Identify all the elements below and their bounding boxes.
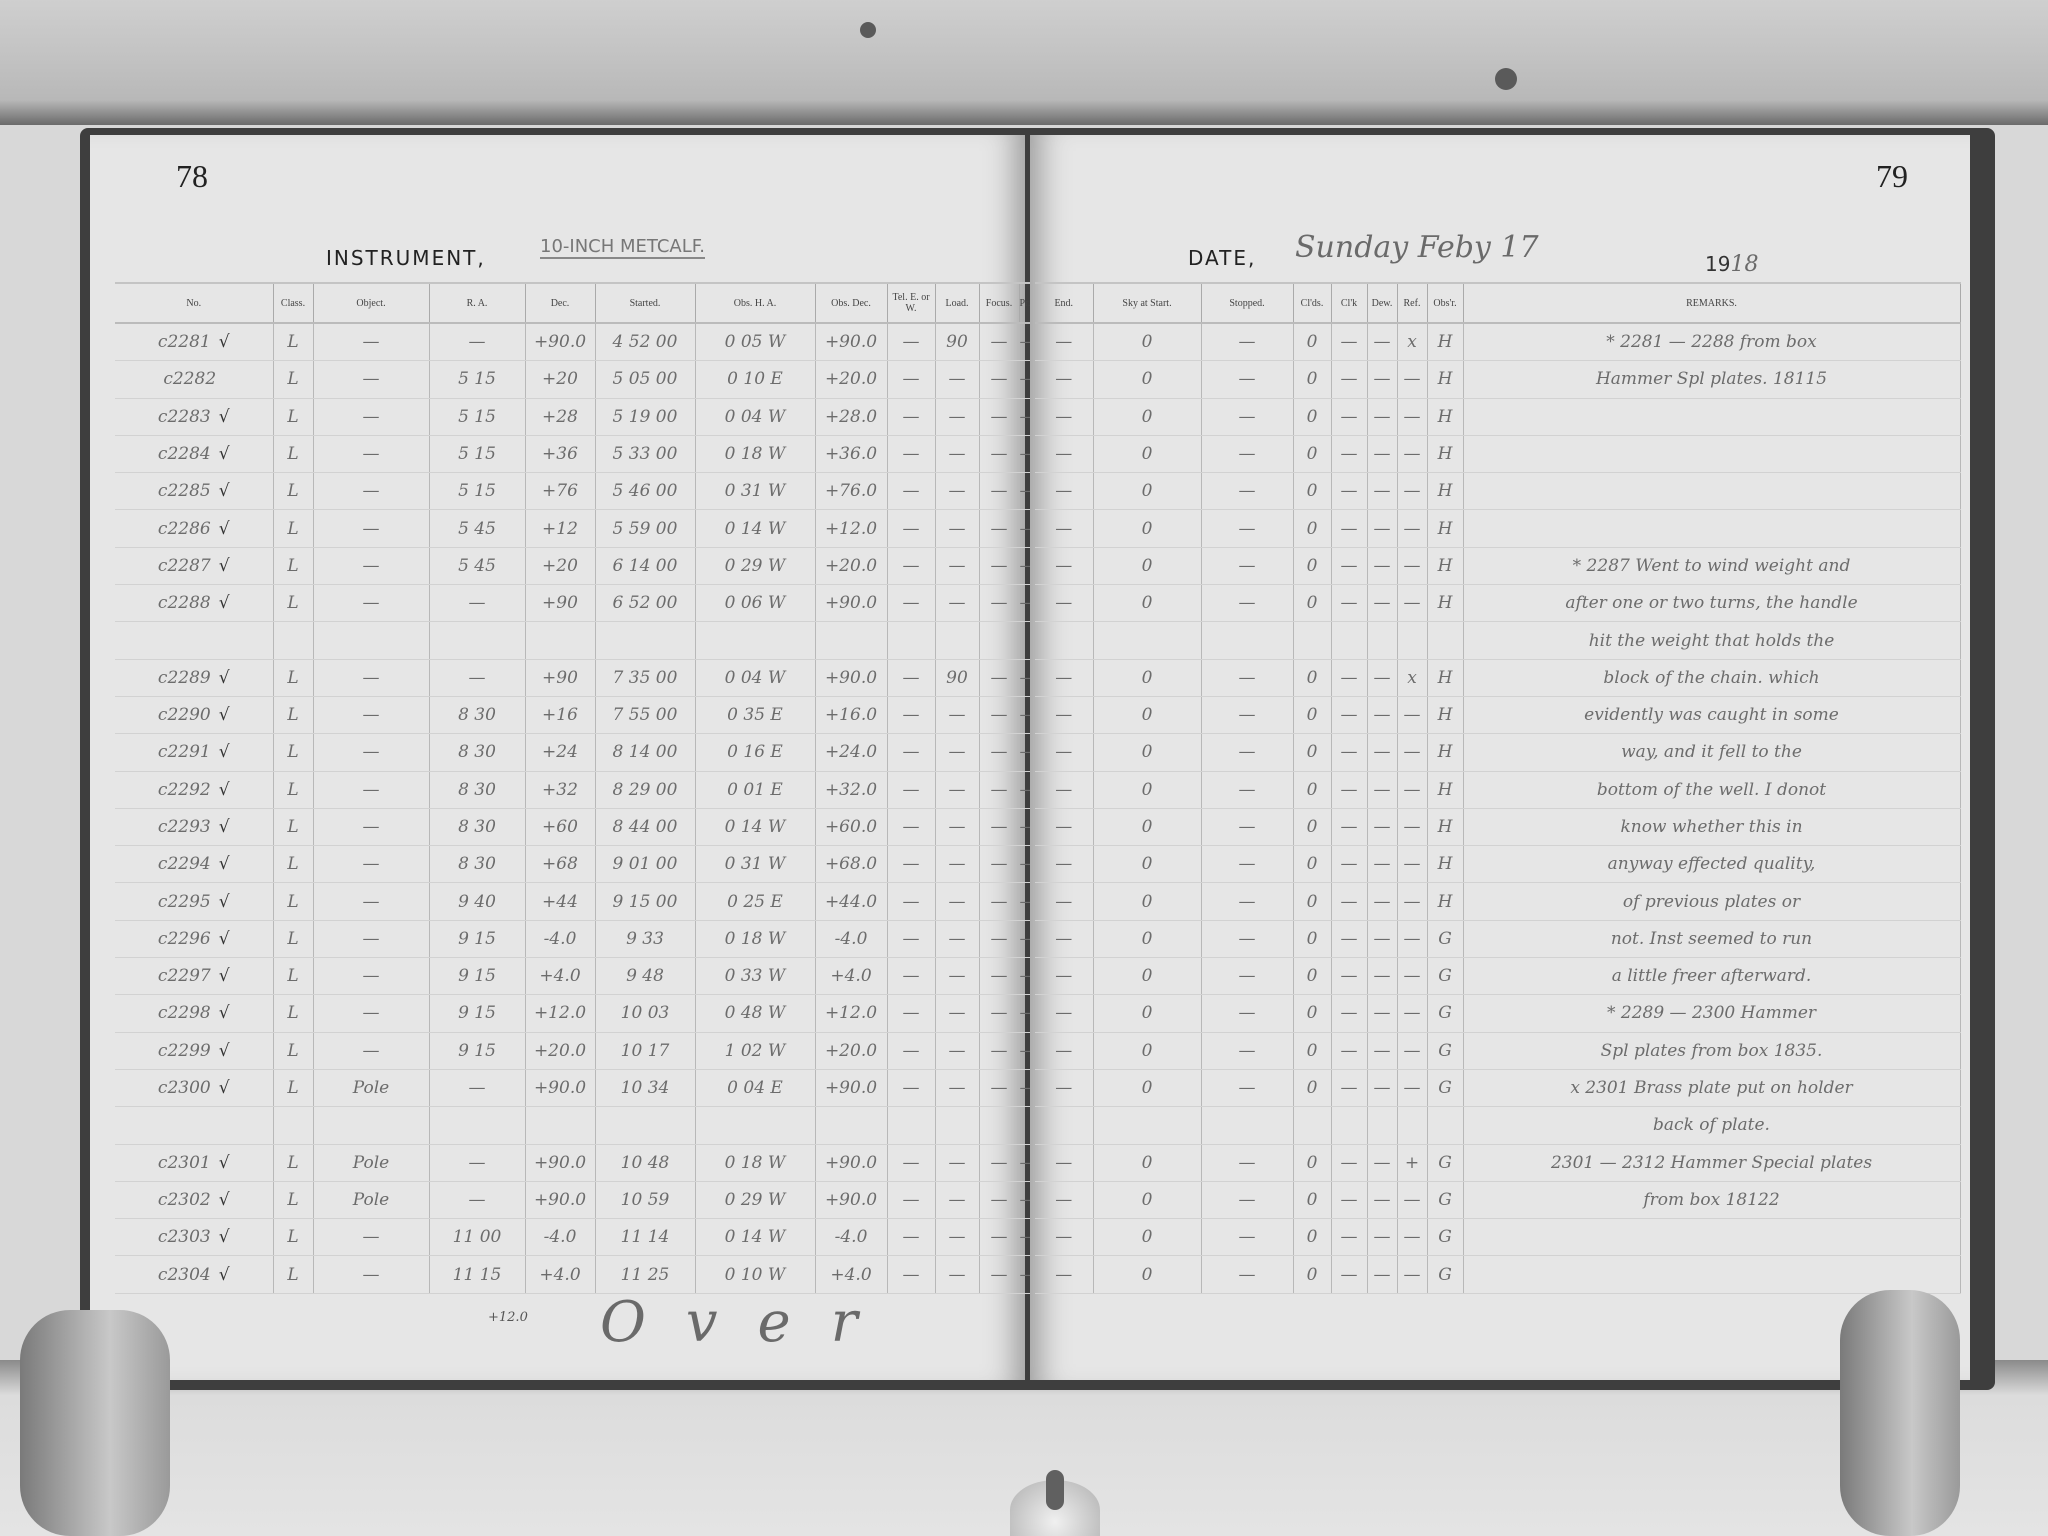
cell-ref: — [1397, 547, 1427, 584]
cell-class: L [273, 846, 313, 883]
table-row: —0—0———Hevidently was caught in some [1035, 696, 1960, 733]
cell-pr: — [1019, 958, 1030, 995]
cell-ra: — [429, 659, 525, 696]
cell-clk: — [1331, 1069, 1367, 1106]
cell-obs-ha: 0 29 W [695, 1181, 815, 1218]
cell-load: — [935, 1181, 979, 1218]
left-table-header: No.Class.Object.R. A.Dec.Started.Obs. H.… [115, 283, 1030, 323]
cell-dec: +90.0 [525, 1069, 595, 1106]
cell-obsr: H [1427, 323, 1463, 361]
cell-class: L [273, 696, 313, 733]
date-value: Sunday Feby 17 [1295, 230, 1539, 265]
cell-clk: — [1331, 398, 1367, 435]
cell-obsr: G [1427, 995, 1463, 1032]
cell-clds: 0 [1293, 585, 1331, 622]
cell-sky: 0 [1093, 435, 1201, 472]
table-row: —0—0———G [1035, 1219, 1960, 1256]
table-row: —0—0———HHammer Spl plates. 18115 [1035, 361, 1960, 398]
check-mark-icon: √ [219, 593, 230, 613]
cell-pr: — [1019, 920, 1030, 957]
cell-class: L [273, 323, 313, 361]
cell-obsr: H [1427, 547, 1463, 584]
cell-no: c2293√ [115, 808, 273, 845]
cell-dec: +90.0 [525, 323, 595, 361]
cell-dew: — [1367, 1032, 1397, 1069]
cell-sky: 0 [1093, 995, 1201, 1032]
cell-load: — [935, 846, 979, 883]
cell-object [313, 1107, 429, 1144]
cell-dew: — [1367, 846, 1397, 883]
cell-pr: — [1019, 995, 1030, 1032]
cell-end: — [1035, 808, 1093, 845]
cell-focus: — [979, 920, 1019, 957]
cell-pr: — [1019, 361, 1030, 398]
cell-load [935, 622, 979, 659]
cell-stopped: — [1201, 883, 1293, 920]
cell-ra: — [429, 1069, 525, 1106]
cell-focus: — [979, 510, 1019, 547]
cell-object: — [313, 734, 429, 771]
cell-stopped: — [1201, 510, 1293, 547]
cell-no: c2291√ [115, 734, 273, 771]
cell-obs-ha: 0 18 W [695, 435, 815, 472]
cell-tel: — [887, 510, 935, 547]
cell-obsr: H [1427, 361, 1463, 398]
cell-focus: — [979, 547, 1019, 584]
cell-clk [1331, 622, 1367, 659]
cell-ra: 11 00 [429, 1219, 525, 1256]
cell-sky: 0 [1093, 883, 1201, 920]
cell-ra: 8 30 [429, 808, 525, 845]
cell-obs-dec: +4.0 [815, 958, 887, 995]
check-mark-icon: √ [219, 1078, 230, 1098]
cell-obsr: G [1427, 1032, 1463, 1069]
cell-ref: — [1397, 473, 1427, 510]
over-note: Over [600, 1290, 897, 1355]
plate-number: c2289 [158, 668, 211, 688]
cell-obsr [1427, 1107, 1463, 1144]
cell-ref [1397, 622, 1427, 659]
cell-remark: not. Inst seemed to run [1463, 920, 1960, 957]
cell-obs-ha: 0 18 W [695, 920, 815, 957]
cell-object: — [313, 547, 429, 584]
cell-class [273, 622, 313, 659]
cell-object: — [313, 361, 429, 398]
table-row: c2291√L—8 30+248 14 000 16 E+24.0———— [115, 734, 1030, 771]
cell-dew: — [1367, 771, 1397, 808]
cell-stopped: — [1201, 659, 1293, 696]
cell-ra: — [429, 323, 525, 361]
cell-stopped: — [1201, 1069, 1293, 1106]
cell-no: c2292√ [115, 771, 273, 808]
cell-end: — [1035, 846, 1093, 883]
table-row: c2281√L——+90.04 52 000 05 W+90.0—90—— [115, 323, 1030, 361]
cell-obs-dec: +90.0 [815, 323, 887, 361]
cell-obsr: H [1427, 510, 1463, 547]
table-row: —0—0———Gnot. Inst seemed to run [1035, 920, 1960, 957]
year-written: 18 [1730, 252, 1758, 277]
cell-stopped: — [1201, 473, 1293, 510]
cell-tel: — [887, 435, 935, 472]
cell-ra: 8 30 [429, 846, 525, 883]
right-page-number: 79 [1876, 158, 1908, 195]
cell-tel: — [887, 696, 935, 733]
cell-pr [1019, 622, 1030, 659]
cell-dec: +16 [525, 696, 595, 733]
cell-object: — [313, 1219, 429, 1256]
cell-dec: +90.0 [525, 1181, 595, 1218]
cell-started: 6 52 00 [595, 585, 695, 622]
table-row: c2299√L—9 15+20.010 171 02 W+20.0———— [115, 1032, 1030, 1069]
cell-stopped: — [1201, 361, 1293, 398]
cell-stopped: — [1201, 958, 1293, 995]
cell-load: — [935, 1069, 979, 1106]
cell-class: L [273, 1256, 313, 1293]
cell-class: L [273, 547, 313, 584]
cell-remark: bottom of the well. I donot [1463, 771, 1960, 808]
cell-class: L [273, 995, 313, 1032]
cell-obs-dec [815, 622, 887, 659]
table-row: —0—0———Hway, and it fell to the [1035, 734, 1960, 771]
cell-ref: — [1397, 1219, 1427, 1256]
cell-ref: — [1397, 1032, 1427, 1069]
cell-started: 4 52 00 [595, 323, 695, 361]
cell-obsr: G [1427, 1219, 1463, 1256]
cell-obs-dec: +16.0 [815, 696, 887, 733]
cell-focus: — [979, 734, 1019, 771]
cell-tel: — [887, 883, 935, 920]
cell-object: — [313, 771, 429, 808]
cell-end [1035, 622, 1093, 659]
cell-sky: 0 [1093, 846, 1201, 883]
cell-load: — [935, 1219, 979, 1256]
check-mark-icon: √ [219, 854, 230, 874]
cell-started: 7 35 00 [595, 659, 695, 696]
right-thumb [1840, 1290, 1960, 1536]
cell-object: — [313, 1256, 429, 1293]
cell-ref: x [1397, 323, 1427, 361]
dec-correction-note: +12.0 [488, 1310, 528, 1325]
cell-pr: — [1019, 1256, 1030, 1293]
table-row: c2303√L—11 00-4.011 140 14 W-4.0———— [115, 1219, 1030, 1256]
cell-clds: 0 [1293, 1181, 1331, 1218]
cell-pr: — [1019, 696, 1030, 733]
cell-dec: +44 [525, 883, 595, 920]
cell-end: — [1035, 323, 1093, 361]
cell-focus: — [979, 398, 1019, 435]
cell-focus: — [979, 1181, 1019, 1218]
cell-end: — [1035, 995, 1093, 1032]
table-row: c2289√L——+907 35 000 04 W+90.0—90—— [115, 659, 1030, 696]
cell-load: — [935, 361, 979, 398]
cell-remark: Spl plates from box 1835. [1463, 1032, 1960, 1069]
cell-tel: — [887, 659, 935, 696]
cell-started: 8 14 00 [595, 734, 695, 771]
cell-clk [1331, 1107, 1367, 1144]
plate-number: c2290 [158, 705, 211, 725]
cell-obs-ha: 0 14 W [695, 510, 815, 547]
table-row: c2282L—5 15+205 05 000 10 E+20.0———— [115, 361, 1030, 398]
cell-pr [1019, 1107, 1030, 1144]
cell-dew: — [1367, 734, 1397, 771]
cell-stopped: — [1201, 696, 1293, 733]
cell-ref: — [1397, 361, 1427, 398]
cell-tel [887, 622, 935, 659]
cell-tel: — [887, 958, 935, 995]
cell-dec: -4.0 [525, 920, 595, 957]
cell-dec: +60 [525, 808, 595, 845]
cell-obs-dec: +28.0 [815, 398, 887, 435]
cell-focus: — [979, 696, 1019, 733]
cell-obs-dec: +24.0 [815, 734, 887, 771]
table-row: —0—0———Hbottom of the well. I donot [1035, 771, 1960, 808]
cell-focus: — [979, 808, 1019, 845]
cell-obsr: G [1427, 958, 1463, 995]
cell-started: 10 03 [595, 995, 695, 1032]
cell-no [115, 622, 273, 659]
cell-ra: 5 15 [429, 398, 525, 435]
cell-sky: 0 [1093, 659, 1201, 696]
column-header: Started. [595, 283, 695, 323]
cell-no: c2288√ [115, 585, 273, 622]
column-header: Obs. Dec. [815, 283, 887, 323]
cell-clk: — [1331, 734, 1367, 771]
cell-obs-dec [815, 1107, 887, 1144]
cell-obs-ha: 0 33 W [695, 958, 815, 995]
cell-remark: from box 18122 [1463, 1181, 1960, 1218]
plate-number: c2295 [158, 892, 211, 912]
cell-tel: — [887, 1069, 935, 1106]
cell-no: c2285√ [115, 473, 273, 510]
cell-obsr: G [1427, 920, 1463, 957]
cell-dew: — [1367, 1256, 1397, 1293]
cell-ref: — [1397, 958, 1427, 995]
cell-started [595, 622, 695, 659]
table-row: c2290√L—8 30+167 55 000 35 E+16.0———— [115, 696, 1030, 733]
cell-ref: — [1397, 771, 1427, 808]
cell-obsr [1427, 622, 1463, 659]
cell-dew: — [1367, 920, 1397, 957]
check-mark-icon: √ [219, 742, 230, 762]
plate-number: c2301 [158, 1153, 211, 1173]
cell-class: L [273, 1144, 313, 1181]
cell-dec: +20.0 [525, 1032, 595, 1069]
cell-clds: 0 [1293, 808, 1331, 845]
column-header: End. [1035, 283, 1093, 323]
cell-class: L [273, 473, 313, 510]
plate-number: c2283 [158, 407, 211, 427]
cell-pr: — [1019, 771, 1030, 808]
cell-obs-ha [695, 1107, 815, 1144]
cell-end: — [1035, 958, 1093, 995]
plate-number: c2300 [158, 1078, 211, 1098]
cell-stopped: — [1201, 1219, 1293, 1256]
cell-end: — [1035, 361, 1093, 398]
cell-remark: x 2301 Brass plate put on holder [1463, 1069, 1960, 1106]
cell-remark [1463, 1219, 1960, 1256]
cell-tel: — [887, 323, 935, 361]
cell-end: — [1035, 473, 1093, 510]
cell-tel: — [887, 920, 935, 957]
column-header: Cl'ds. [1293, 283, 1331, 323]
cell-focus: — [979, 1069, 1019, 1106]
cell-stopped: — [1201, 1144, 1293, 1181]
cell-sky: 0 [1093, 958, 1201, 995]
cell-class [273, 1107, 313, 1144]
cell-clds: 0 [1293, 1219, 1331, 1256]
table-row: c2286√L—5 45+125 59 000 14 W+12.0———— [115, 510, 1030, 547]
cell-ra: 5 45 [429, 510, 525, 547]
cell-object: — [313, 510, 429, 547]
cell-load: — [935, 995, 979, 1032]
cell-end: — [1035, 510, 1093, 547]
plate-number: c2303 [158, 1227, 211, 1247]
cell-stopped: — [1201, 995, 1293, 1032]
table-row: —0—0———Hknow whether this in [1035, 808, 1960, 845]
cell-clds: 0 [1293, 1144, 1331, 1181]
cell-focus: — [979, 1256, 1019, 1293]
cell-obs-dec: +90.0 [815, 1144, 887, 1181]
cell-focus: — [979, 883, 1019, 920]
cell-remark: of previous plates or [1463, 883, 1960, 920]
check-mark-icon: √ [219, 444, 230, 464]
cell-obs-dec: +4.0 [815, 1256, 887, 1293]
cell-obs-dec: +90.0 [815, 659, 887, 696]
plate-number: c2293 [158, 817, 211, 837]
cell-no: c2287√ [115, 547, 273, 584]
wood-knot [1495, 68, 1517, 90]
cell-started: 10 17 [595, 1032, 695, 1069]
cell-obs-ha: 0 14 W [695, 808, 815, 845]
cell-ra: — [429, 1181, 525, 1218]
cell-dew: — [1367, 958, 1397, 995]
cell-clk: — [1331, 473, 1367, 510]
cell-focus: — [979, 771, 1019, 808]
cell-load: — [935, 547, 979, 584]
table-row: —0—0———GSpl plates from box 1835. [1035, 1032, 1960, 1069]
cell-obs-ha: 0 04 W [695, 659, 815, 696]
cell-dec: +20 [525, 361, 595, 398]
cell-focus: — [979, 995, 1019, 1032]
cell-ref: — [1397, 995, 1427, 1032]
cell-clds: 0 [1293, 734, 1331, 771]
plate-number: c2304 [158, 1265, 211, 1285]
cell-remark: anyway effected quality, [1463, 846, 1960, 883]
cell-class: L [273, 883, 313, 920]
cell-started: 9 01 00 [595, 846, 695, 883]
right-table-header: End.Sky at Start.Stopped.Cl'ds.Cl'kDew.R… [1035, 283, 1960, 323]
cell-dew: — [1367, 883, 1397, 920]
column-header: Dec. [525, 283, 595, 323]
cell-dew: — [1367, 1069, 1397, 1106]
cell-pr: — [1019, 1181, 1030, 1218]
cell-object: — [313, 995, 429, 1032]
cell-no: c2302√ [115, 1181, 273, 1218]
table-row: c2292√L—8 30+328 29 000 01 E+32.0———— [115, 771, 1030, 808]
cell-dew: — [1367, 510, 1397, 547]
cell-pr: — [1019, 659, 1030, 696]
cell-class: L [273, 808, 313, 845]
cell-dec: +4.0 [525, 958, 595, 995]
cell-ref: — [1397, 920, 1427, 957]
check-mark-icon: √ [219, 817, 230, 837]
cell-started: 5 05 00 [595, 361, 695, 398]
cell-ra: 5 15 [429, 435, 525, 472]
cell-no: c2304√ [115, 1256, 273, 1293]
table-row [115, 622, 1030, 659]
cell-obsr: H [1427, 734, 1463, 771]
plate-number: c2281 [158, 332, 211, 352]
cell-ref: — [1397, 435, 1427, 472]
cell-clds: 0 [1293, 920, 1331, 957]
cell-dew: — [1367, 473, 1397, 510]
table-row: c2285√L—5 15+765 46 000 31 W+76.0———— [115, 473, 1030, 510]
plate-number: c2299 [158, 1041, 211, 1061]
cell-pr: — [1019, 1219, 1030, 1256]
table-row: —0—0———Ga little freer afterward. [1035, 958, 1960, 995]
cell-obs-ha: 1 02 W [695, 1032, 815, 1069]
cell-obsr: H [1427, 473, 1463, 510]
cell-focus: — [979, 1144, 1019, 1181]
table-row: —0—0———Gx 2301 Brass plate put on holder [1035, 1069, 1960, 1106]
cell-obsr: H [1427, 435, 1463, 472]
cell-pr: — [1019, 1032, 1030, 1069]
cell-started: 9 48 [595, 958, 695, 995]
plate-number: c2294 [158, 854, 211, 874]
cell-clk: — [1331, 920, 1367, 957]
cell-obsr: H [1427, 808, 1463, 845]
column-header: Obs'r. [1427, 283, 1463, 323]
cell-obs-ha: 0 10 E [695, 361, 815, 398]
cell-dew: — [1367, 1219, 1397, 1256]
cell-obs-dec: +68.0 [815, 846, 887, 883]
cell-clk: — [1331, 808, 1367, 845]
cell-dec: +20 [525, 547, 595, 584]
column-header: Class. [273, 283, 313, 323]
cell-obs-ha: 0 29 W [695, 547, 815, 584]
cell-ra: 5 15 [429, 361, 525, 398]
cell-ref: — [1397, 510, 1427, 547]
cell-object: — [313, 435, 429, 472]
cell-pr: — [1019, 398, 1030, 435]
cell-load: — [935, 771, 979, 808]
cell-end: — [1035, 734, 1093, 771]
cell-sky: 0 [1093, 1032, 1201, 1069]
cell-no: c2282 [115, 361, 273, 398]
cell-ra: — [429, 1144, 525, 1181]
cell-class: L [273, 659, 313, 696]
cell-started: 9 33 [595, 920, 695, 957]
cell-obs-dec: +20.0 [815, 361, 887, 398]
cell-tel: — [887, 1219, 935, 1256]
cell-focus: — [979, 435, 1019, 472]
cell-obsr: H [1427, 771, 1463, 808]
table-row: —0—0——+G2301 — 2312 Hammer Special plate… [1035, 1144, 1960, 1181]
cell-clds: 0 [1293, 846, 1331, 883]
cell-load: — [935, 734, 979, 771]
plate-number: c2284 [158, 444, 211, 464]
cell-started: 5 46 00 [595, 473, 695, 510]
cell-dew: — [1367, 547, 1397, 584]
cell-obsr: H [1427, 659, 1463, 696]
cell-clk: — [1331, 659, 1367, 696]
cell-sky [1093, 1107, 1201, 1144]
column-header: Obs. H. A. [695, 283, 815, 323]
cell-load: — [935, 920, 979, 957]
cell-clds: 0 [1293, 995, 1331, 1032]
table-row: c2300√LPole—+90.010 340 04 E+90.0———— [115, 1069, 1030, 1106]
table-row: —0—0———Gfrom box 18122 [1035, 1181, 1960, 1218]
